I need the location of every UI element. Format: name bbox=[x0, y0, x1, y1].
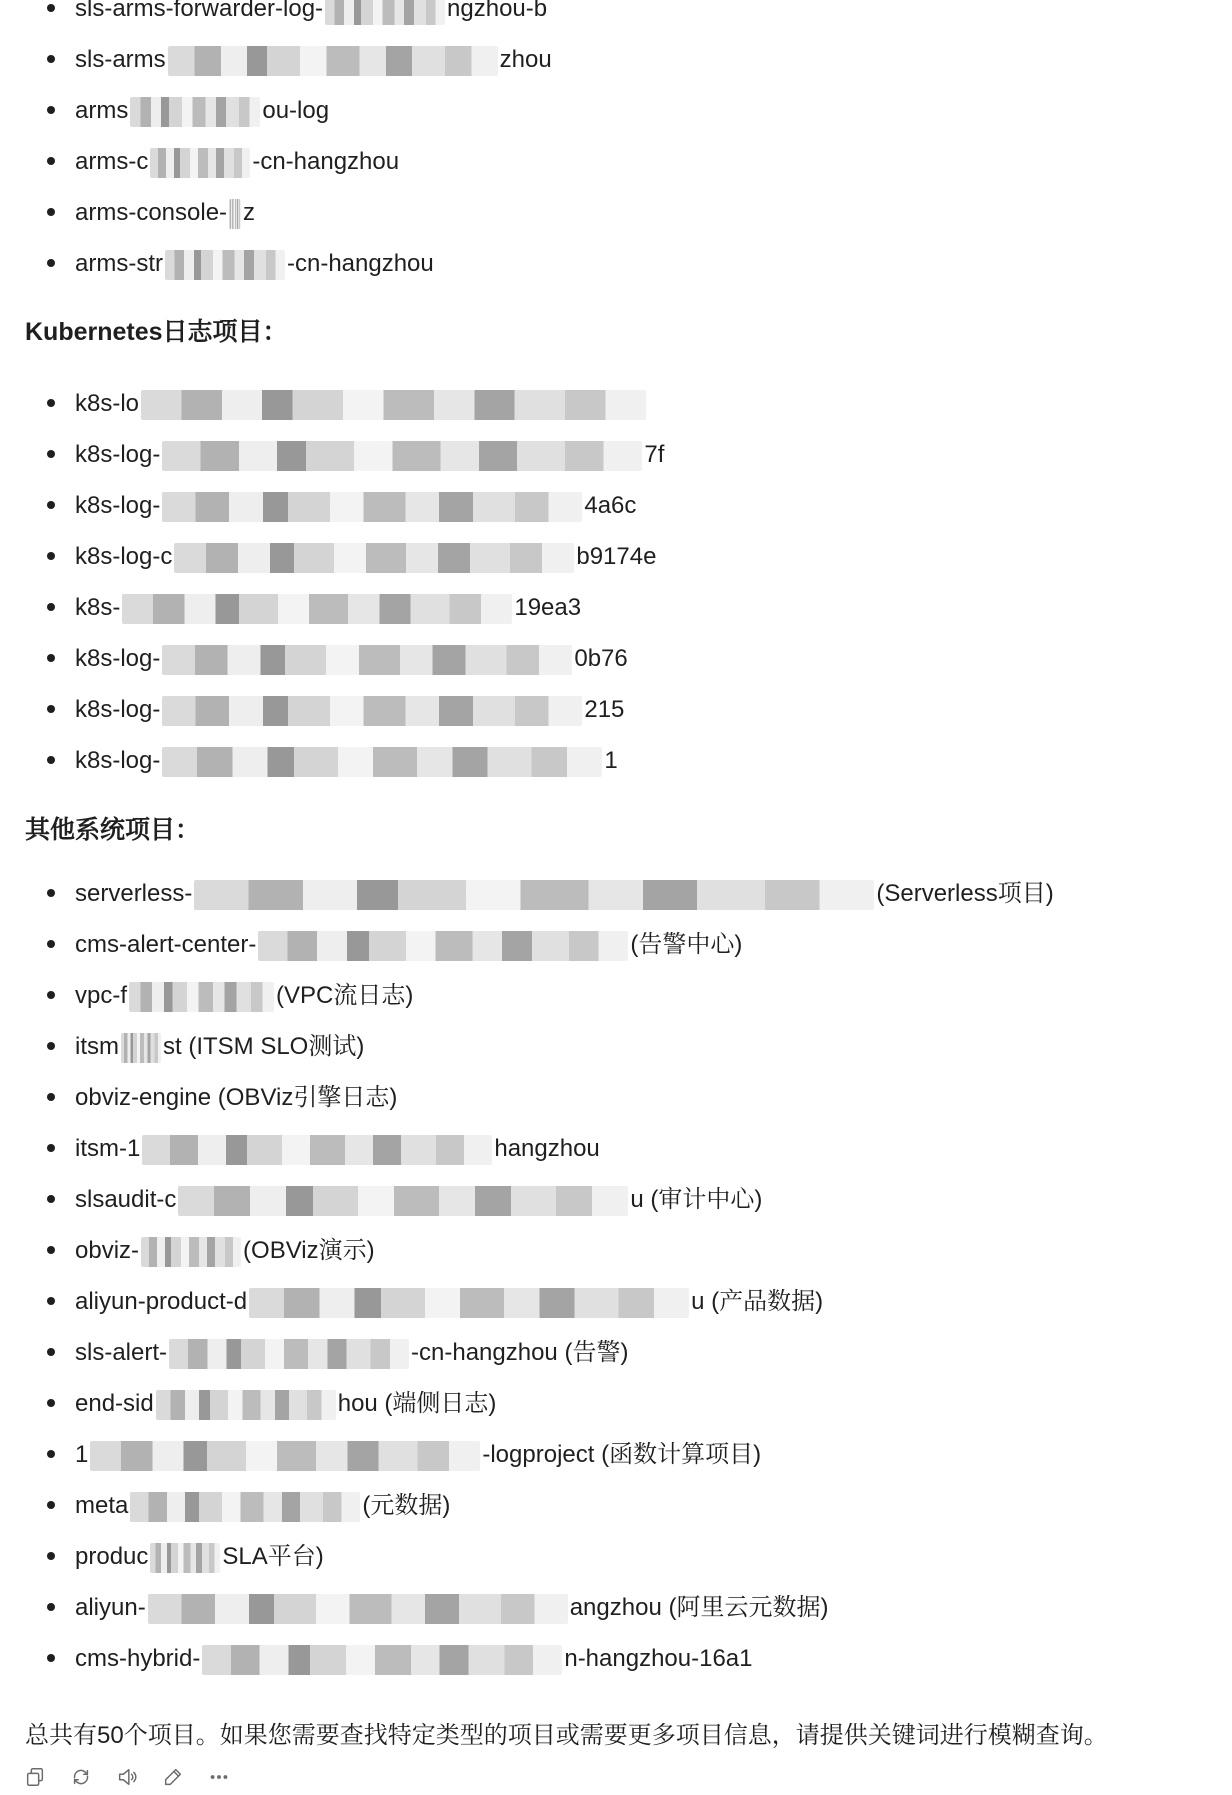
list-item: k8s-log-0b76 bbox=[0, 633, 1232, 684]
bullet-icon bbox=[47, 1654, 55, 1662]
redacted-mosaic bbox=[122, 594, 512, 624]
list-item: arms-console-z bbox=[0, 187, 1232, 238]
project-name-visible-suffix: -cn-hangzhou bbox=[252, 148, 399, 175]
redacted-mosaic bbox=[258, 931, 628, 961]
project-name-visible-suffix: -cn-hangzhou (告警) bbox=[411, 1339, 628, 1366]
bullet-icon bbox=[47, 157, 55, 165]
project-name-visible-suffix: n-hangzhou-16a1 bbox=[564, 1645, 752, 1672]
list-item: itsm-1hangzhou bbox=[0, 1123, 1232, 1174]
list-item: k8s-log-215 bbox=[0, 684, 1232, 735]
bullet-icon bbox=[47, 4, 55, 12]
project-name-visible-prefix: k8s-log- bbox=[75, 492, 160, 519]
bullet-icon bbox=[47, 1195, 55, 1203]
bullet-icon bbox=[47, 450, 55, 458]
read-aloud-button[interactable] bbox=[116, 1766, 138, 1788]
redacted-mosaic bbox=[168, 46, 498, 76]
project-name-visible-suffix: 4a6c bbox=[584, 492, 636, 519]
list-item: k8s-log-7f bbox=[0, 429, 1232, 480]
project-name-visible-suffix: u (产品数据) bbox=[691, 1288, 823, 1315]
bullet-icon bbox=[47, 889, 55, 897]
redacted-mosaic bbox=[229, 199, 241, 229]
bullet-icon bbox=[47, 1501, 55, 1509]
project-name-visible-suffix: ou-log bbox=[262, 97, 329, 124]
redacted-mosaic bbox=[141, 390, 646, 420]
bullet-icon bbox=[47, 399, 55, 407]
copy-button[interactable] bbox=[24, 1766, 46, 1788]
project-name-visible-suffix: 215 bbox=[584, 696, 624, 723]
bullet-icon bbox=[47, 756, 55, 764]
project-name-visible-prefix: k8s-log- bbox=[75, 645, 160, 672]
list-item: sls-alert--cn-hangzhou (告警) bbox=[0, 1327, 1232, 1378]
redacted-mosaic bbox=[249, 1288, 689, 1318]
list-item: cms-alert-center-(告警中心) bbox=[0, 919, 1232, 970]
project-name-visible-prefix: k8s-log- bbox=[75, 441, 160, 468]
project-name-visible-suffix: (元数据) bbox=[362, 1492, 450, 1519]
project-name-visible-suffix: -cn-hangzhou bbox=[287, 250, 434, 277]
project-name-visible-prefix: sls-alert- bbox=[75, 1339, 167, 1366]
edit-button[interactable] bbox=[162, 1766, 184, 1788]
copy-icon bbox=[24, 1766, 46, 1788]
project-name-visible-prefix: vpc-f bbox=[75, 982, 127, 1009]
list-item: arms-str-cn-hangzhou bbox=[0, 238, 1232, 289]
redacted-mosaic bbox=[202, 1645, 562, 1675]
list-item: k8s-log-4a6c bbox=[0, 480, 1232, 531]
project-name-visible-prefix: k8s-log- bbox=[75, 747, 160, 774]
bullet-icon bbox=[47, 1093, 55, 1101]
bullet-icon bbox=[47, 259, 55, 267]
pencil-icon bbox=[162, 1766, 184, 1788]
project-name-visible-prefix: aliyun-product-d bbox=[75, 1288, 247, 1315]
list-item: obviz-(OBViz演示) bbox=[0, 1225, 1232, 1276]
list-item: k8s-log-cb9174e bbox=[0, 531, 1232, 582]
bullet-icon bbox=[47, 1552, 55, 1560]
project-name-visible-prefix: sls-arms bbox=[75, 46, 166, 73]
project-name-visible-prefix: k8s-log- bbox=[75, 696, 160, 723]
project-name-visible-prefix: itsm-1 bbox=[75, 1135, 140, 1162]
project-name-visible-prefix: arms-console- bbox=[75, 199, 227, 226]
project-name-visible-suffix: SLA平台) bbox=[222, 1543, 323, 1570]
project-name-visible-prefix: arms-c bbox=[75, 148, 148, 175]
more-button[interactable] bbox=[208, 1766, 230, 1788]
bullet-icon bbox=[47, 1348, 55, 1356]
bullet-icon bbox=[47, 501, 55, 509]
redacted-mosaic bbox=[129, 982, 274, 1012]
bullet-icon bbox=[47, 1144, 55, 1152]
project-name-visible-suffix: engine (OBViz引擎日志) bbox=[139, 1084, 397, 1111]
project-name-visible-prefix: obviz- bbox=[75, 1237, 139, 1264]
redacted-mosaic bbox=[162, 747, 602, 777]
list-item: serverless-(Serverless项目) bbox=[0, 868, 1232, 919]
project-name-visible-prefix: cms-alert-center- bbox=[75, 931, 256, 958]
more-icon bbox=[208, 1766, 230, 1788]
arms-project-list: sls-arms-forwarder-log-ngzhou-bsls-armsz… bbox=[0, 0, 1232, 289]
project-name-visible-prefix: sls-arms-forwarder-log- bbox=[75, 0, 323, 22]
redacted-mosaic bbox=[142, 1135, 492, 1165]
redacted-mosaic bbox=[150, 1543, 220, 1573]
project-name-visible-suffix: zhou bbox=[500, 46, 552, 73]
list-item: arms-c-cn-hangzhou bbox=[0, 136, 1232, 187]
redacted-mosaic bbox=[162, 441, 642, 471]
bullet-icon bbox=[47, 603, 55, 611]
list-item: itsmst (ITSM SLO测试) bbox=[0, 1021, 1232, 1072]
project-name-visible-prefix: obviz- bbox=[75, 1084, 139, 1111]
redacted-mosaic bbox=[169, 1339, 409, 1369]
list-item: k8s-lo bbox=[0, 378, 1232, 429]
project-name-visible-suffix: (VPC流日志) bbox=[276, 982, 413, 1009]
project-name-visible-prefix: meta bbox=[75, 1492, 128, 1519]
bullet-icon bbox=[47, 208, 55, 216]
other-section-heading: 其他系统项目： bbox=[25, 810, 200, 850]
bullet-icon bbox=[47, 55, 55, 63]
project-name-visible-suffix: u (审计中心) bbox=[630, 1186, 762, 1213]
project-name-visible-suffix: z bbox=[243, 199, 255, 226]
message-actions bbox=[24, 1764, 230, 1790]
project-name-visible-prefix: k8s- bbox=[75, 594, 120, 621]
project-name-visible-suffix: 7f bbox=[644, 441, 664, 468]
project-name-visible-prefix: arms bbox=[75, 97, 128, 124]
redacted-mosaic bbox=[194, 880, 874, 910]
summary-text: 总共有50个项目。如果您需要查找特定类型的项目或需要更多项目信息，请提供关键词进… bbox=[25, 1716, 1108, 1756]
project-name-visible-suffix: st (ITSM SLO测试) bbox=[163, 1033, 364, 1060]
redacted-mosaic bbox=[174, 543, 574, 573]
bullet-icon bbox=[47, 106, 55, 114]
bullet-icon bbox=[47, 1603, 55, 1611]
project-name-visible-suffix: b9174e bbox=[576, 543, 656, 570]
bullet-icon bbox=[47, 552, 55, 560]
bullet-icon bbox=[47, 705, 55, 713]
bullet-icon bbox=[47, 1297, 55, 1305]
project-name-visible-prefix: k8s-log-c bbox=[75, 543, 172, 570]
bullet-icon bbox=[47, 1246, 55, 1254]
project-name-visible-suffix: hou (端侧日志) bbox=[338, 1390, 497, 1417]
project-name-visible-suffix: 19ea3 bbox=[514, 594, 581, 621]
project-name-visible-prefix: end-sid bbox=[75, 1390, 154, 1417]
project-name-visible-suffix: (OBViz演示) bbox=[243, 1237, 375, 1264]
speaker-icon bbox=[116, 1766, 138, 1788]
refresh-icon bbox=[70, 1766, 92, 1788]
project-name-visible-prefix: 1 bbox=[75, 1441, 88, 1468]
project-name-visible-suffix: 1 bbox=[604, 747, 617, 774]
project-name-visible-suffix: 0b76 bbox=[574, 645, 627, 672]
project-name-visible-prefix: arms-str bbox=[75, 250, 163, 277]
redacted-mosaic bbox=[90, 1441, 480, 1471]
redacted-mosaic bbox=[162, 492, 582, 522]
project-name-visible-prefix: aliyun- bbox=[75, 1594, 146, 1621]
project-name-visible-prefix: slsaudit-c bbox=[75, 1186, 176, 1213]
project-name-visible-suffix: ngzhou-b bbox=[447, 0, 547, 22]
bullet-icon bbox=[47, 940, 55, 948]
project-name-visible-suffix: -logproject (函数计算项目) bbox=[482, 1441, 761, 1468]
k8s-project-list: k8s-lok8s-log-7fk8s-log-4a6ck8s-log-cb91… bbox=[0, 378, 1232, 786]
bullet-icon bbox=[47, 1399, 55, 1407]
list-item: sls-armszhou bbox=[0, 34, 1232, 85]
bullet-icon bbox=[47, 654, 55, 662]
redacted-mosaic bbox=[156, 1390, 336, 1420]
list-item: 1-logproject (函数计算项目) bbox=[0, 1429, 1232, 1480]
project-name-visible-prefix: k8s-lo bbox=[75, 390, 139, 417]
project-name-visible-suffix: angzhou (阿里云元数据) bbox=[570, 1594, 829, 1621]
list-item: cms-hybrid-n-hangzhou-16a1 bbox=[0, 1633, 1232, 1684]
other-project-list: serverless-(Serverless项目)cms-alert-cente… bbox=[0, 868, 1232, 1684]
k8s-section-heading: Kubernetes日志项目： bbox=[25, 312, 288, 352]
list-item: meta(元数据) bbox=[0, 1480, 1232, 1531]
redacted-mosaic bbox=[148, 1594, 568, 1624]
redacted-mosaic bbox=[130, 97, 260, 127]
regenerate-button[interactable] bbox=[70, 1766, 92, 1788]
list-item: obviz-engine (OBViz引擎日志) bbox=[0, 1072, 1232, 1123]
project-name-visible-prefix: produc bbox=[75, 1543, 148, 1570]
project-name-visible-suffix: (Serverless项目) bbox=[876, 880, 1053, 907]
redacted-mosaic bbox=[141, 1237, 241, 1267]
list-item: producSLA平台) bbox=[0, 1531, 1232, 1582]
project-name-visible-suffix: (告警中心) bbox=[630, 931, 742, 958]
redacted-mosaic bbox=[162, 696, 582, 726]
project-name-visible-prefix: serverless- bbox=[75, 880, 192, 907]
project-name-visible-prefix: itsm bbox=[75, 1033, 119, 1060]
project-name-visible-suffix: hangzhou bbox=[494, 1135, 599, 1162]
redacted-mosaic bbox=[150, 148, 250, 178]
list-item: aliyun-angzhou (阿里云元数据) bbox=[0, 1582, 1232, 1633]
list-item: slsaudit-cu (审计中心) bbox=[0, 1174, 1232, 1225]
list-item: armsou-log bbox=[0, 85, 1232, 136]
redacted-mosaic bbox=[178, 1186, 628, 1216]
list-item: end-sidhou (端侧日志) bbox=[0, 1378, 1232, 1429]
redacted-mosaic bbox=[130, 1492, 360, 1522]
bullet-icon bbox=[47, 1450, 55, 1458]
redacted-mosaic bbox=[325, 0, 445, 25]
bullet-icon bbox=[47, 1042, 55, 1050]
list-item: k8s-log-1 bbox=[0, 735, 1232, 786]
bullet-icon bbox=[47, 991, 55, 999]
project-name-visible-prefix: cms-hybrid- bbox=[75, 1645, 200, 1672]
list-item: k8s-19ea3 bbox=[0, 582, 1232, 633]
redacted-mosaic bbox=[165, 250, 285, 280]
redacted-mosaic bbox=[162, 645, 572, 675]
list-item: aliyun-product-du (产品数据) bbox=[0, 1276, 1232, 1327]
redacted-mosaic bbox=[121, 1033, 161, 1063]
list-item: sls-arms-forwarder-log-ngzhou-b bbox=[0, 0, 1232, 34]
list-item: vpc-f(VPC流日志) bbox=[0, 970, 1232, 1021]
